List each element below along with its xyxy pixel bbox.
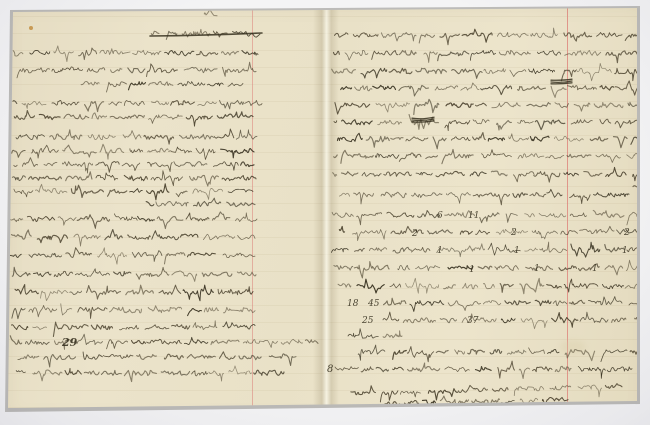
handwritten-line: [12, 171, 256, 186]
numeral-annotation: 6: [437, 211, 443, 221]
handwritten-line: [14, 184, 253, 200]
strikethrough-mark: [150, 33, 262, 36]
handwritten-line: [12, 144, 254, 159]
handwritten-line: [15, 285, 253, 301]
numeral-annotation: 37: [467, 316, 479, 326]
handwritten-line: [334, 149, 643, 163]
handwritten-line: [339, 226, 640, 240]
handwritten-line: [12, 267, 256, 281]
numeral-annotation: 1: [514, 246, 520, 256]
numeral-annotation: 1: [592, 264, 598, 274]
handwritten-line: [335, 28, 647, 45]
handwritten-line: [14, 158, 254, 173]
handwritten-line: [332, 211, 643, 225]
handwritten-line: [12, 230, 256, 247]
handwritten-line: [332, 63, 644, 81]
handwritten-line: [16, 366, 284, 382]
numeral-annotation: 2: [623, 228, 630, 238]
handwritten-line: [146, 198, 255, 207]
handwritten-line: [334, 115, 642, 131]
handwritten-line: [13, 46, 258, 62]
handwritten-line: [81, 81, 243, 92]
handwritten-line: [331, 242, 644, 257]
handwritten-line: [358, 345, 641, 362]
handwritten-line: [16, 129, 257, 144]
handwritten-line: [335, 99, 645, 114]
handwritten-line: [10, 248, 255, 265]
handwritten-line: [339, 189, 629, 205]
handwritten-line: [384, 393, 568, 411]
handwritten-line: [332, 167, 645, 182]
numeral-annotation: 1: [469, 265, 475, 275]
handwritten-line: [341, 81, 641, 98]
handwritten-line: [338, 278, 641, 293]
numeral-annotation: 11: [468, 211, 479, 221]
handwritten-line: [334, 260, 646, 278]
handwritten-line: [14, 111, 253, 127]
handwritten-line: [334, 50, 646, 62]
strikethrough-mark: [412, 117, 434, 119]
numeral-annotation: 1: [534, 264, 540, 274]
handwritten-line: [12, 321, 256, 337]
handwritten-line: [17, 62, 256, 78]
numeral-annotation: 1: [437, 246, 443, 256]
handwriting-layer: 296112221111111184525378: [0, 0, 650, 425]
numeral-annotation: 29: [61, 336, 78, 349]
handwritten-line: [348, 329, 402, 338]
numeral-annotation: 18: [347, 299, 359, 309]
handwritten-line: [10, 212, 257, 229]
handwritten-line: [384, 297, 644, 312]
numeral-annotation: 25: [361, 316, 374, 326]
numeral-annotation: 45: [367, 299, 380, 309]
scanned-letter-scene: 296112221111111184525378: [0, 0, 650, 425]
handwritten-line: [383, 312, 644, 329]
numeral-annotation: 2: [411, 229, 418, 239]
handwritten-line: [337, 133, 644, 149]
letter-sheet: 296112221111111184525378: [0, 0, 650, 425]
handwritten-line: [10, 334, 318, 349]
numeral-annotation: 1: [622, 246, 628, 256]
numeral-annotation: 8: [327, 364, 333, 375]
numeral-annotation: 2: [510, 228, 517, 238]
handwritten-line: [12, 304, 255, 319]
handwritten-line: [13, 100, 262, 111]
handwritten-line: [18, 352, 296, 367]
handwritten-line: [335, 361, 632, 378]
